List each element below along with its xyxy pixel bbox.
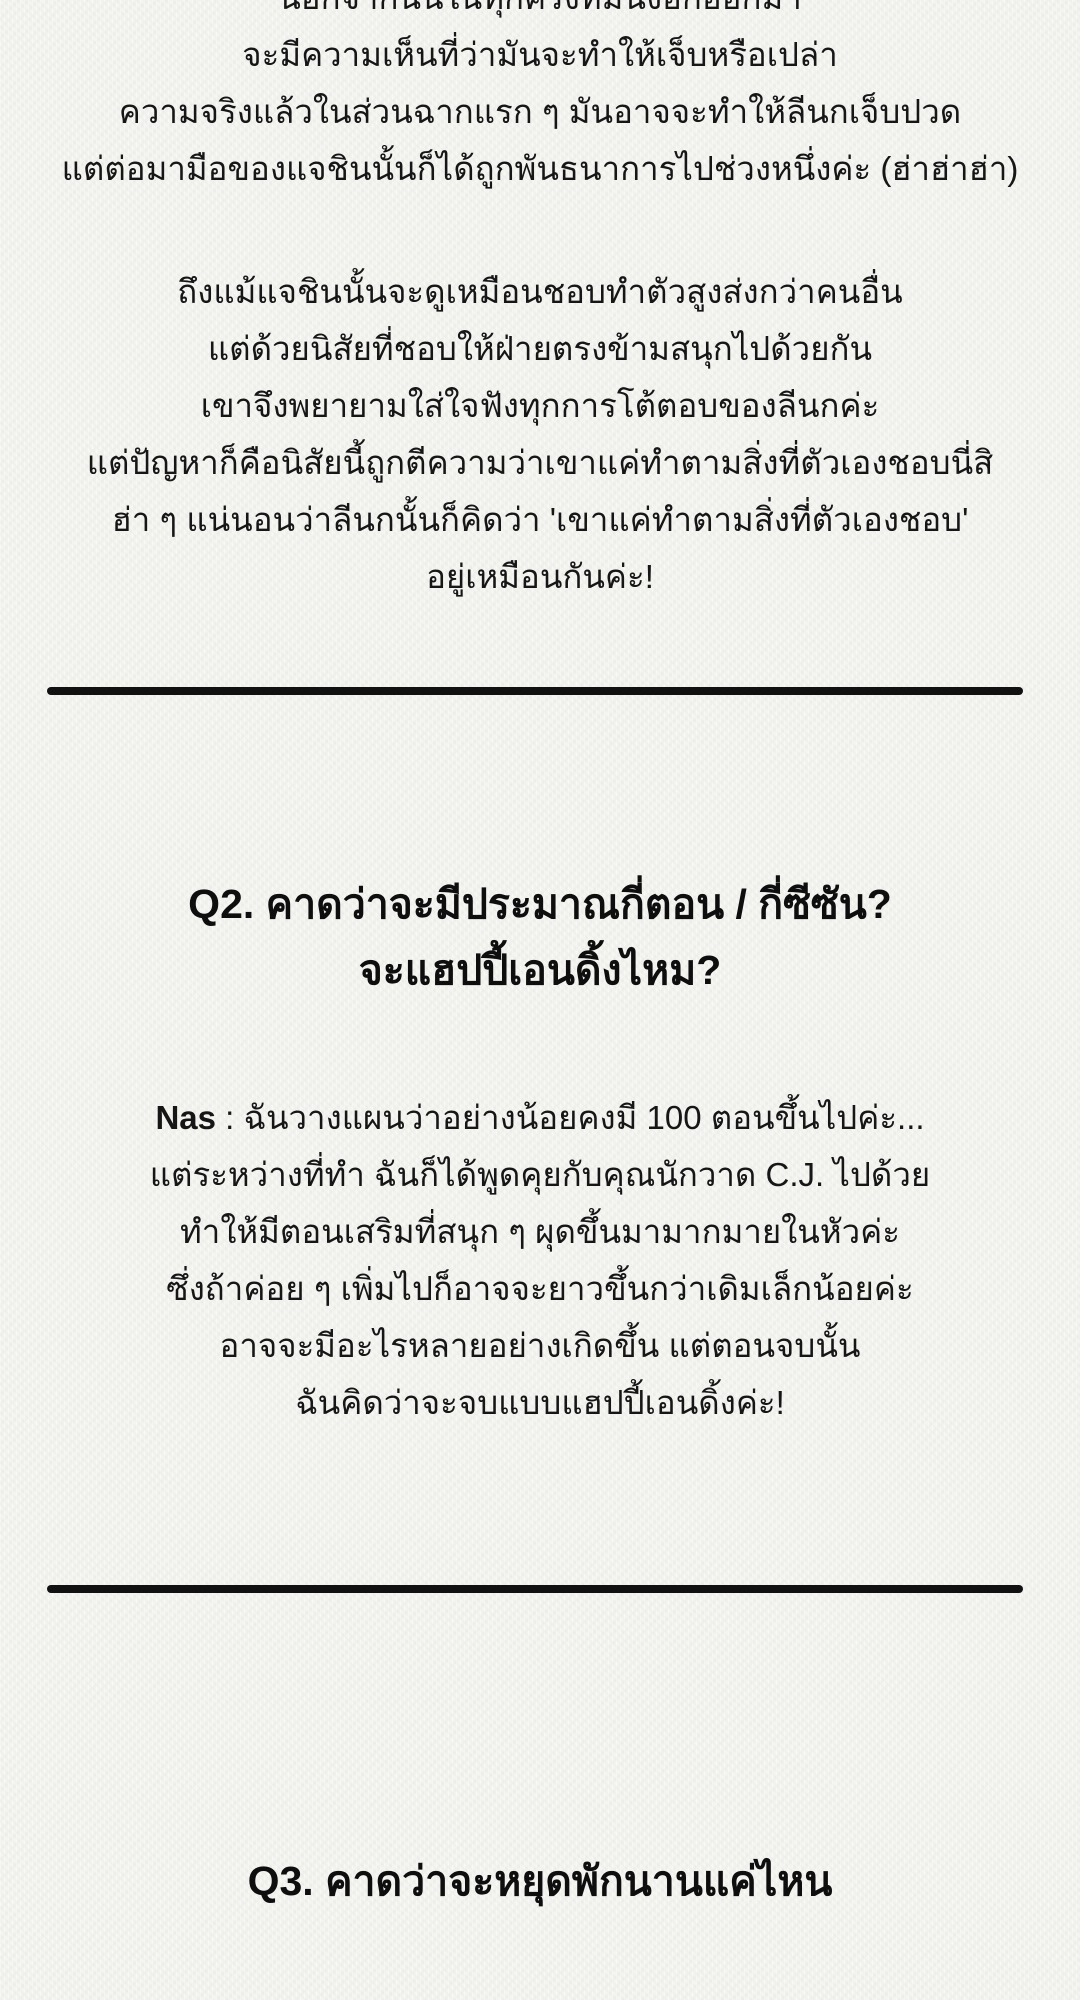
text-line: อาจจะมีอะไรหลายอย่างเกิดขึ้น แต่ตอนจบนั้…: [0, 1317, 1080, 1374]
text-line: แต่ต่อมามือของแจชินนั้นก็ได้ถูกพันธนาการ…: [0, 140, 1080, 197]
text-line: นอกจากนั้นในทุกครั้งที่มันงอกออกมา: [0, 0, 1080, 26]
text-line: จะมีความเห็นที่ว่ามันจะทำให้เจ็บหรือเปล่…: [0, 26, 1080, 83]
text-line: ฮ่า ๆ แน่นอนว่าลีนกนั้นก็คิดว่า 'เขาแค่ท…: [0, 491, 1080, 548]
question-2-line2: จะแฮปปี้เอนดิ้งไหม?: [0, 937, 1080, 1003]
text-line: ฉันคิดว่าจะจบแบบแฮปปี้เอนดิ้งค่ะ!: [0, 1374, 1080, 1431]
speaker-name: Nas: [155, 1099, 216, 1136]
interview-page: นอกจากนั้นในทุกครั้งที่มันงอกออกมา จะมีค…: [0, 0, 1080, 2000]
text-line: อยู่เหมือนกันค่ะ!: [0, 548, 1080, 605]
paragraph-answer-continued: นอกจากนั้นในทุกครั้งที่มันงอกออกมา จะมีค…: [0, 0, 1080, 197]
question-3-line1: Q3. คาดว่าจะหยุดพักนานแค่ไหน: [0, 1848, 1080, 1914]
text-line: ทำให้มีตอนเสริมที่สนุก ๆ ผุดขึ้นมามากมาย…: [0, 1203, 1080, 1260]
text-line: แต่ด้วยนิสัยที่ชอบให้ฝ่ายตรงข้ามสนุกไปด้…: [0, 320, 1080, 377]
question-3-heading: Q3. คาดว่าจะหยุดพักนานแค่ไหน: [0, 1848, 1080, 1914]
text-line: ซึ่งถ้าค่อย ๆ เพิ่มไปก็อาจจะยาวขึ้นกว่าเ…: [0, 1260, 1080, 1317]
section-divider: [47, 1585, 1023, 1593]
text-line: เขาจึงพยายามใส่ใจฟังทุกการโต้ตอบของลีนกค…: [0, 377, 1080, 434]
text-line: ถึงแม้แจชินนั้นจะดูเหมือนชอบทำตัวสูงส่งก…: [0, 263, 1080, 320]
question-2-line1: Q2. คาดว่าจะมีประมาณกี่ตอน / กี่ซีซัน?: [0, 871, 1080, 937]
text-line: ความจริงแล้วในส่วนฉากแรก ๆ มันอาจจะทำให้…: [0, 83, 1080, 140]
question-2-answer: Nas : ฉันวางแผนว่าอย่างน้อยคงมี 100 ตอนข…: [0, 1089, 1080, 1431]
question-2-heading: Q2. คาดว่าจะมีประมาณกี่ตอน / กี่ซีซัน? จ…: [0, 871, 1080, 1003]
text-line: แต่ระหว่างที่ทำ ฉันก็ได้พูดคุยกับคุณนักว…: [0, 1146, 1080, 1203]
section-divider: [47, 687, 1023, 695]
text-line: Nas : ฉันวางแผนว่าอย่างน้อยคงมี 100 ตอนข…: [0, 1089, 1080, 1146]
text-line: แต่ปัญหาก็คือนิสัยนี้ถูกตีความว่าเขาแค่ท…: [0, 434, 1080, 491]
paragraph-answer-part2: ถึงแม้แจชินนั้นจะดูเหมือนชอบทำตัวสูงส่งก…: [0, 263, 1080, 605]
answer-text: : ฉันวางแผนว่าอย่างน้อยคงมี 100 ตอนขึ้นไ…: [216, 1099, 925, 1136]
